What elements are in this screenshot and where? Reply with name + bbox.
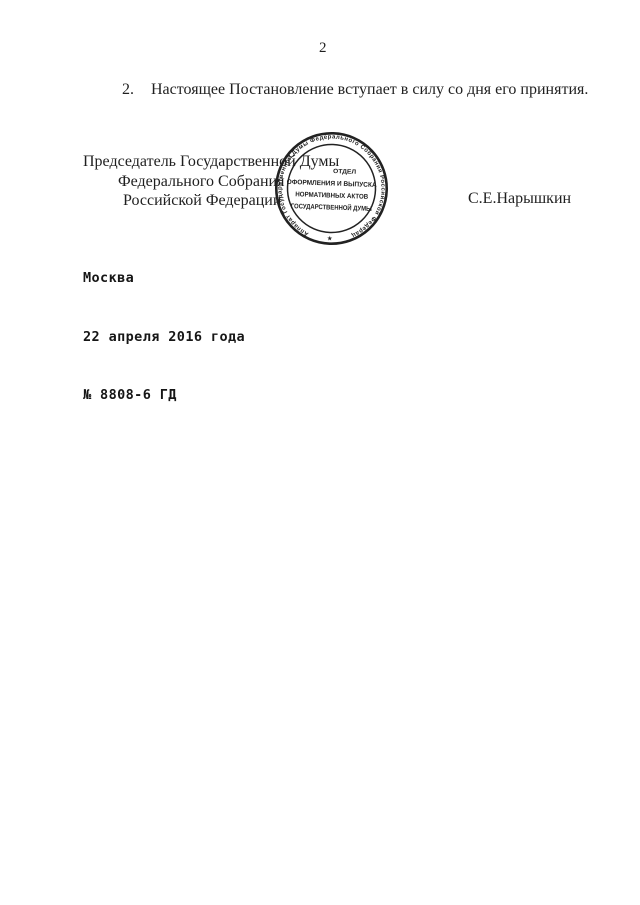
signature-title-line-2: Федерального Собрания (118, 173, 284, 191)
paragraph-text: Настоящее Постановление вступает в силу … (151, 81, 588, 98)
stamp-center-line-1: ОТДЕЛ (333, 168, 356, 176)
stamp-star-icon: ★ (327, 234, 333, 242)
duma-stamp-seal: Аппарат Государственной Думы Федеральног… (271, 128, 392, 249)
page-number: 2 (0, 40, 640, 57)
signature-title-line-3: Российской Федерации (123, 192, 281, 210)
signer-name: С.Е.Нарышкин (468, 190, 571, 208)
stamp-center-line-4: ГОСУДАРСТВЕННОЙ ДУМЫ (291, 201, 373, 213)
footer-document-number: № 8808-6 ГД (83, 386, 245, 406)
footer-city: Москва (83, 269, 245, 289)
resolution-paragraph: 2.Настоящее Постановление вступает в сил… (122, 81, 588, 99)
footer-date: 22 апреля 2016 года (83, 328, 245, 348)
stamp-center-line-2: ОФОРМЛЕНИЯ И ВЫПУСКА (287, 179, 377, 189)
stamp-center-line-3: НОРМАТИВНЫХ АКТОВ (295, 191, 368, 201)
paragraph-item-number: 2. (122, 81, 134, 99)
footer-place-date-number: Москва 22 апреля 2016 года № 8808-6 ГД (83, 230, 245, 445)
document-page: 2 2.Настоящее Постановление вступает в с… (0, 0, 640, 905)
